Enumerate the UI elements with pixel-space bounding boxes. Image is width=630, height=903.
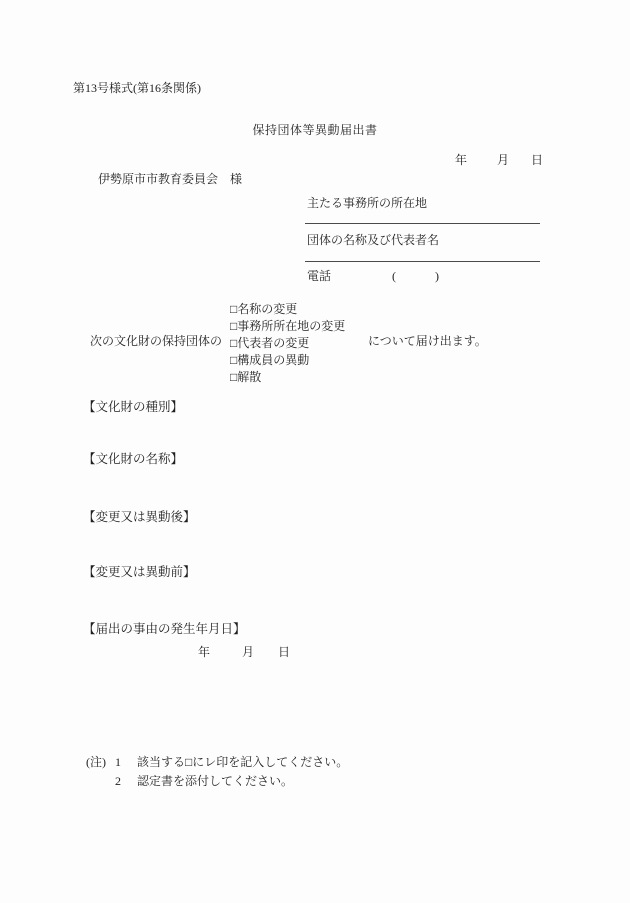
phone-paren-close: ) (435, 268, 439, 284)
note-number-2: 2 (115, 773, 121, 789)
option-label: 事務所所在地の変更 (237, 319, 345, 333)
addressee: 伊勢原市市教育委員会 様 (98, 171, 242, 187)
option-label: 構成員の異動 (237, 353, 309, 367)
note-text-1: 該当する□にレ印を記入してください。 (137, 754, 348, 770)
top-date-year-label: 年 (455, 152, 467, 168)
option-label: 代表者の変更 (237, 336, 309, 350)
option-label: 名称の変更 (237, 302, 297, 316)
office-address-field-line[interactable] (305, 223, 540, 224)
event-date-month-label: 月 (242, 644, 254, 660)
phone-label: 電話 (307, 268, 331, 284)
phone-paren-open: ( (392, 268, 396, 284)
section-cultural-property-name: 【文化財の名称】 (83, 451, 183, 468)
notes-heading: (注) (86, 754, 106, 770)
option-row-dissolution[interactable]: □解散 (230, 369, 261, 385)
declaration-prefix: 次の文化財の保持団体の (90, 333, 222, 349)
org-name-representative-label: 団体の名称及び代表者名 (307, 232, 439, 248)
option-row-name-change[interactable]: □名称の変更 (230, 301, 297, 317)
option-label: 解散 (237, 370, 261, 384)
section-after-change: 【変更又は異動後】 (83, 509, 196, 526)
org-name-field-line[interactable] (305, 261, 540, 262)
top-date-month-label: 月 (497, 152, 509, 168)
notification-form-page: 第13号様式(第16条関係) 保持団体等異動届出書 年 月 日 伊勢原市市教育委… (0, 0, 630, 903)
section-event-date: 【届出の事由の発生年月日】 (83, 621, 246, 638)
section-cultural-property-type: 【文化財の種別】 (83, 399, 183, 416)
event-date-day-label: 日 (278, 644, 290, 660)
page-title: 保持団体等異動届出書 (0, 122, 630, 138)
declaration-suffix: について届け出ます。 (368, 333, 487, 349)
note-number-1: 1 (115, 754, 121, 770)
note-text-2: 認定書を添付してください。 (137, 773, 293, 789)
form-number: 第13号様式(第16条関係) (73, 80, 201, 96)
office-address-label: 主たる事務所の所在地 (307, 195, 427, 211)
event-date-year-label: 年 (198, 644, 210, 660)
top-date-day-label: 日 (531, 152, 543, 168)
option-row-member-change[interactable]: □構成員の異動 (230, 352, 309, 368)
option-row-representative-change[interactable]: □代表者の変更 (230, 335, 309, 351)
section-before-change: 【変更又は異動前】 (83, 564, 196, 581)
option-row-office-address-change[interactable]: □事務所所在地の変更 (230, 318, 345, 334)
